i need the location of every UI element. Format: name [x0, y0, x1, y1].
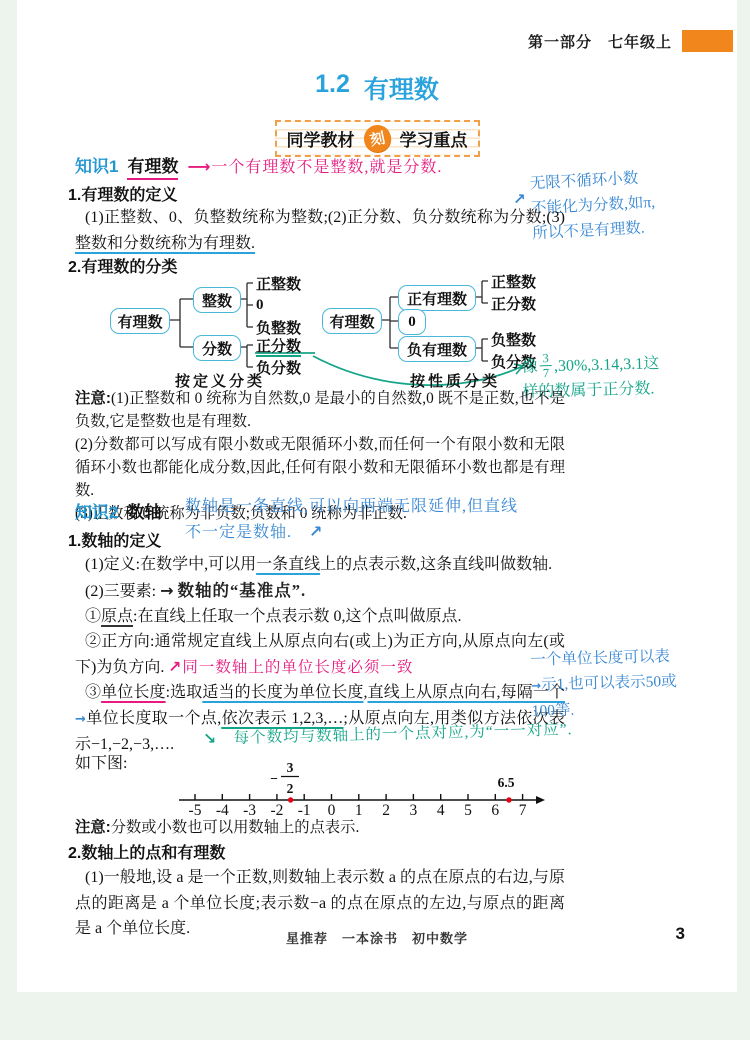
book-page: 第一部分 七年级上 1.2 有理数 同学教材 刻 学习重点 知识1 有理数 ⟶一…	[17, 0, 737, 992]
header-section: 第一部分 七年级上	[528, 31, 672, 52]
tree-leaf: 0	[256, 296, 264, 314]
curved-arrow-icon: ⟶	[187, 157, 211, 176]
axis-definition-text: (1)定义:在数学中,可以用一条直线上的点表示数,这条直线叫做数轴.	[75, 552, 565, 578]
fraction-sign: −	[270, 771, 278, 786]
handwritten-unit-consistent: ↗同一数轴上的单位长度必须一致	[168, 659, 413, 676]
footer-page-number: 3	[676, 924, 685, 944]
tree-leaf: 正分数	[491, 294, 536, 312]
tree-node: 0	[398, 309, 426, 335]
fraction-denominator: 2	[287, 781, 294, 796]
three-elements-row: (2)三要素: → 数轴的“基准点”.	[75, 578, 565, 605]
heading-points-and-rationals: 2.数轴上的点和有理数	[68, 840, 225, 863]
direction-text: ②正方向:通常规定直线上从原点向右(或上)为正方向,从原点向左(或下)为负方向.…	[75, 629, 565, 680]
knowledge-1-row: 知识1 有理数 ⟶一个有理数不是整数,就是分数.	[75, 152, 442, 180]
marked-point-neg-three-halves	[288, 797, 293, 802]
rational-definition-text: (1)正整数、0、负整数统称为整数;(2)正分数、负分数统称为分数;(3)整数和…	[75, 205, 565, 256]
note-label: 注意:	[75, 819, 111, 836]
tree-node: 分数	[193, 335, 241, 361]
fraction-numerator: 3	[287, 760, 294, 775]
heading-rational-definition: 1.有理数的定义	[68, 182, 177, 205]
tree-node: 负有理数	[398, 336, 476, 362]
section-number: 1.2	[315, 70, 350, 106]
pink-arrow-icon: ↗	[168, 658, 182, 676]
page-header: 第一部分 七年级上	[528, 30, 733, 52]
badge-left-text: 同学教材	[287, 126, 355, 151]
tree-node: 有理数	[322, 308, 382, 334]
up-arrow-icon: ↗	[309, 522, 323, 541]
point-label-six-point-five: 6.5	[498, 775, 515, 790]
knowledge-1-title: 有理数	[127, 152, 178, 180]
section-name: 有理数	[364, 70, 439, 106]
tree-leaf: 正分数	[256, 336, 301, 354]
tree-node: 正有理数	[398, 285, 476, 311]
tree-leaf: 正整数	[256, 274, 301, 292]
tree-leaf: 负整数	[256, 318, 301, 336]
underlined-a-line: 一条直线	[256, 556, 320, 573]
green-arrow-icon: ↘	[203, 729, 217, 747]
header-orange-block	[682, 30, 733, 52]
section-title: 1.2 有理数	[17, 70, 737, 106]
tree-leaf: 正整数	[491, 272, 536, 290]
knowledge-1-label: 知识1	[75, 152, 118, 177]
knowledge-2-title: 数轴	[127, 498, 161, 523]
number-line-figure: -5 -4 -3 -2 -1 0 1 2 3 4 5 6 7 − 3 2 6.5	[175, 755, 560, 819]
badge-circle-icon: 刻	[361, 122, 393, 154]
handwritten-note-rational: ⟶一个有理数不是整数,就是分数.	[187, 154, 442, 177]
underlined-origin: 原点	[101, 608, 133, 625]
margin-note-unit-length: 一个单位长度可以表 →示1,也可以表示50或 100等.	[530, 642, 740, 723]
handwritten-base-point: 数轴的“基准点”.	[178, 581, 307, 600]
fraction-three-sevenths: 37	[539, 352, 552, 379]
axis-arrowhead	[536, 796, 545, 804]
margin-arrow-icon: →	[531, 678, 541, 692]
badge-right-text: 学习重点	[400, 126, 468, 151]
marked-point-six-point-five	[506, 797, 511, 802]
origin-text: ①原点:在直线上任取一个点表示数 0,这个点叫做原点.	[75, 604, 565, 630]
knowledge-2-row: 知识2 数轴	[75, 498, 161, 523]
underlined-definition: 整数和分数统称为有理数.	[75, 235, 255, 252]
underlined-unit-length: 单位长度	[101, 684, 165, 701]
blue-arrow-icon: →	[75, 712, 86, 727]
tree-leaf: 负整数	[491, 330, 536, 348]
k2-note: 注意:分数或小数也可以用数轴上的点表示.	[75, 816, 565, 839]
tree-node: 整数	[193, 287, 241, 313]
tree-node: 有理数	[110, 308, 170, 334]
handwritten-note-axis: 数轴是一条直线,可以向两端无限延伸,但直线 不一定是数轴. ↗	[185, 494, 565, 545]
heading-axis-definition: 1.数轴的定义	[68, 528, 161, 551]
note-label: 注意:	[75, 390, 111, 407]
knowledge-2-label: 知识2	[75, 498, 118, 523]
inline-arrow-icon: →	[160, 581, 173, 600]
footer-brand: 星推荐 一本涂书 初中数学	[17, 928, 737, 947]
underlined-proper-length: 适当的长度为单位长度	[202, 684, 363, 701]
